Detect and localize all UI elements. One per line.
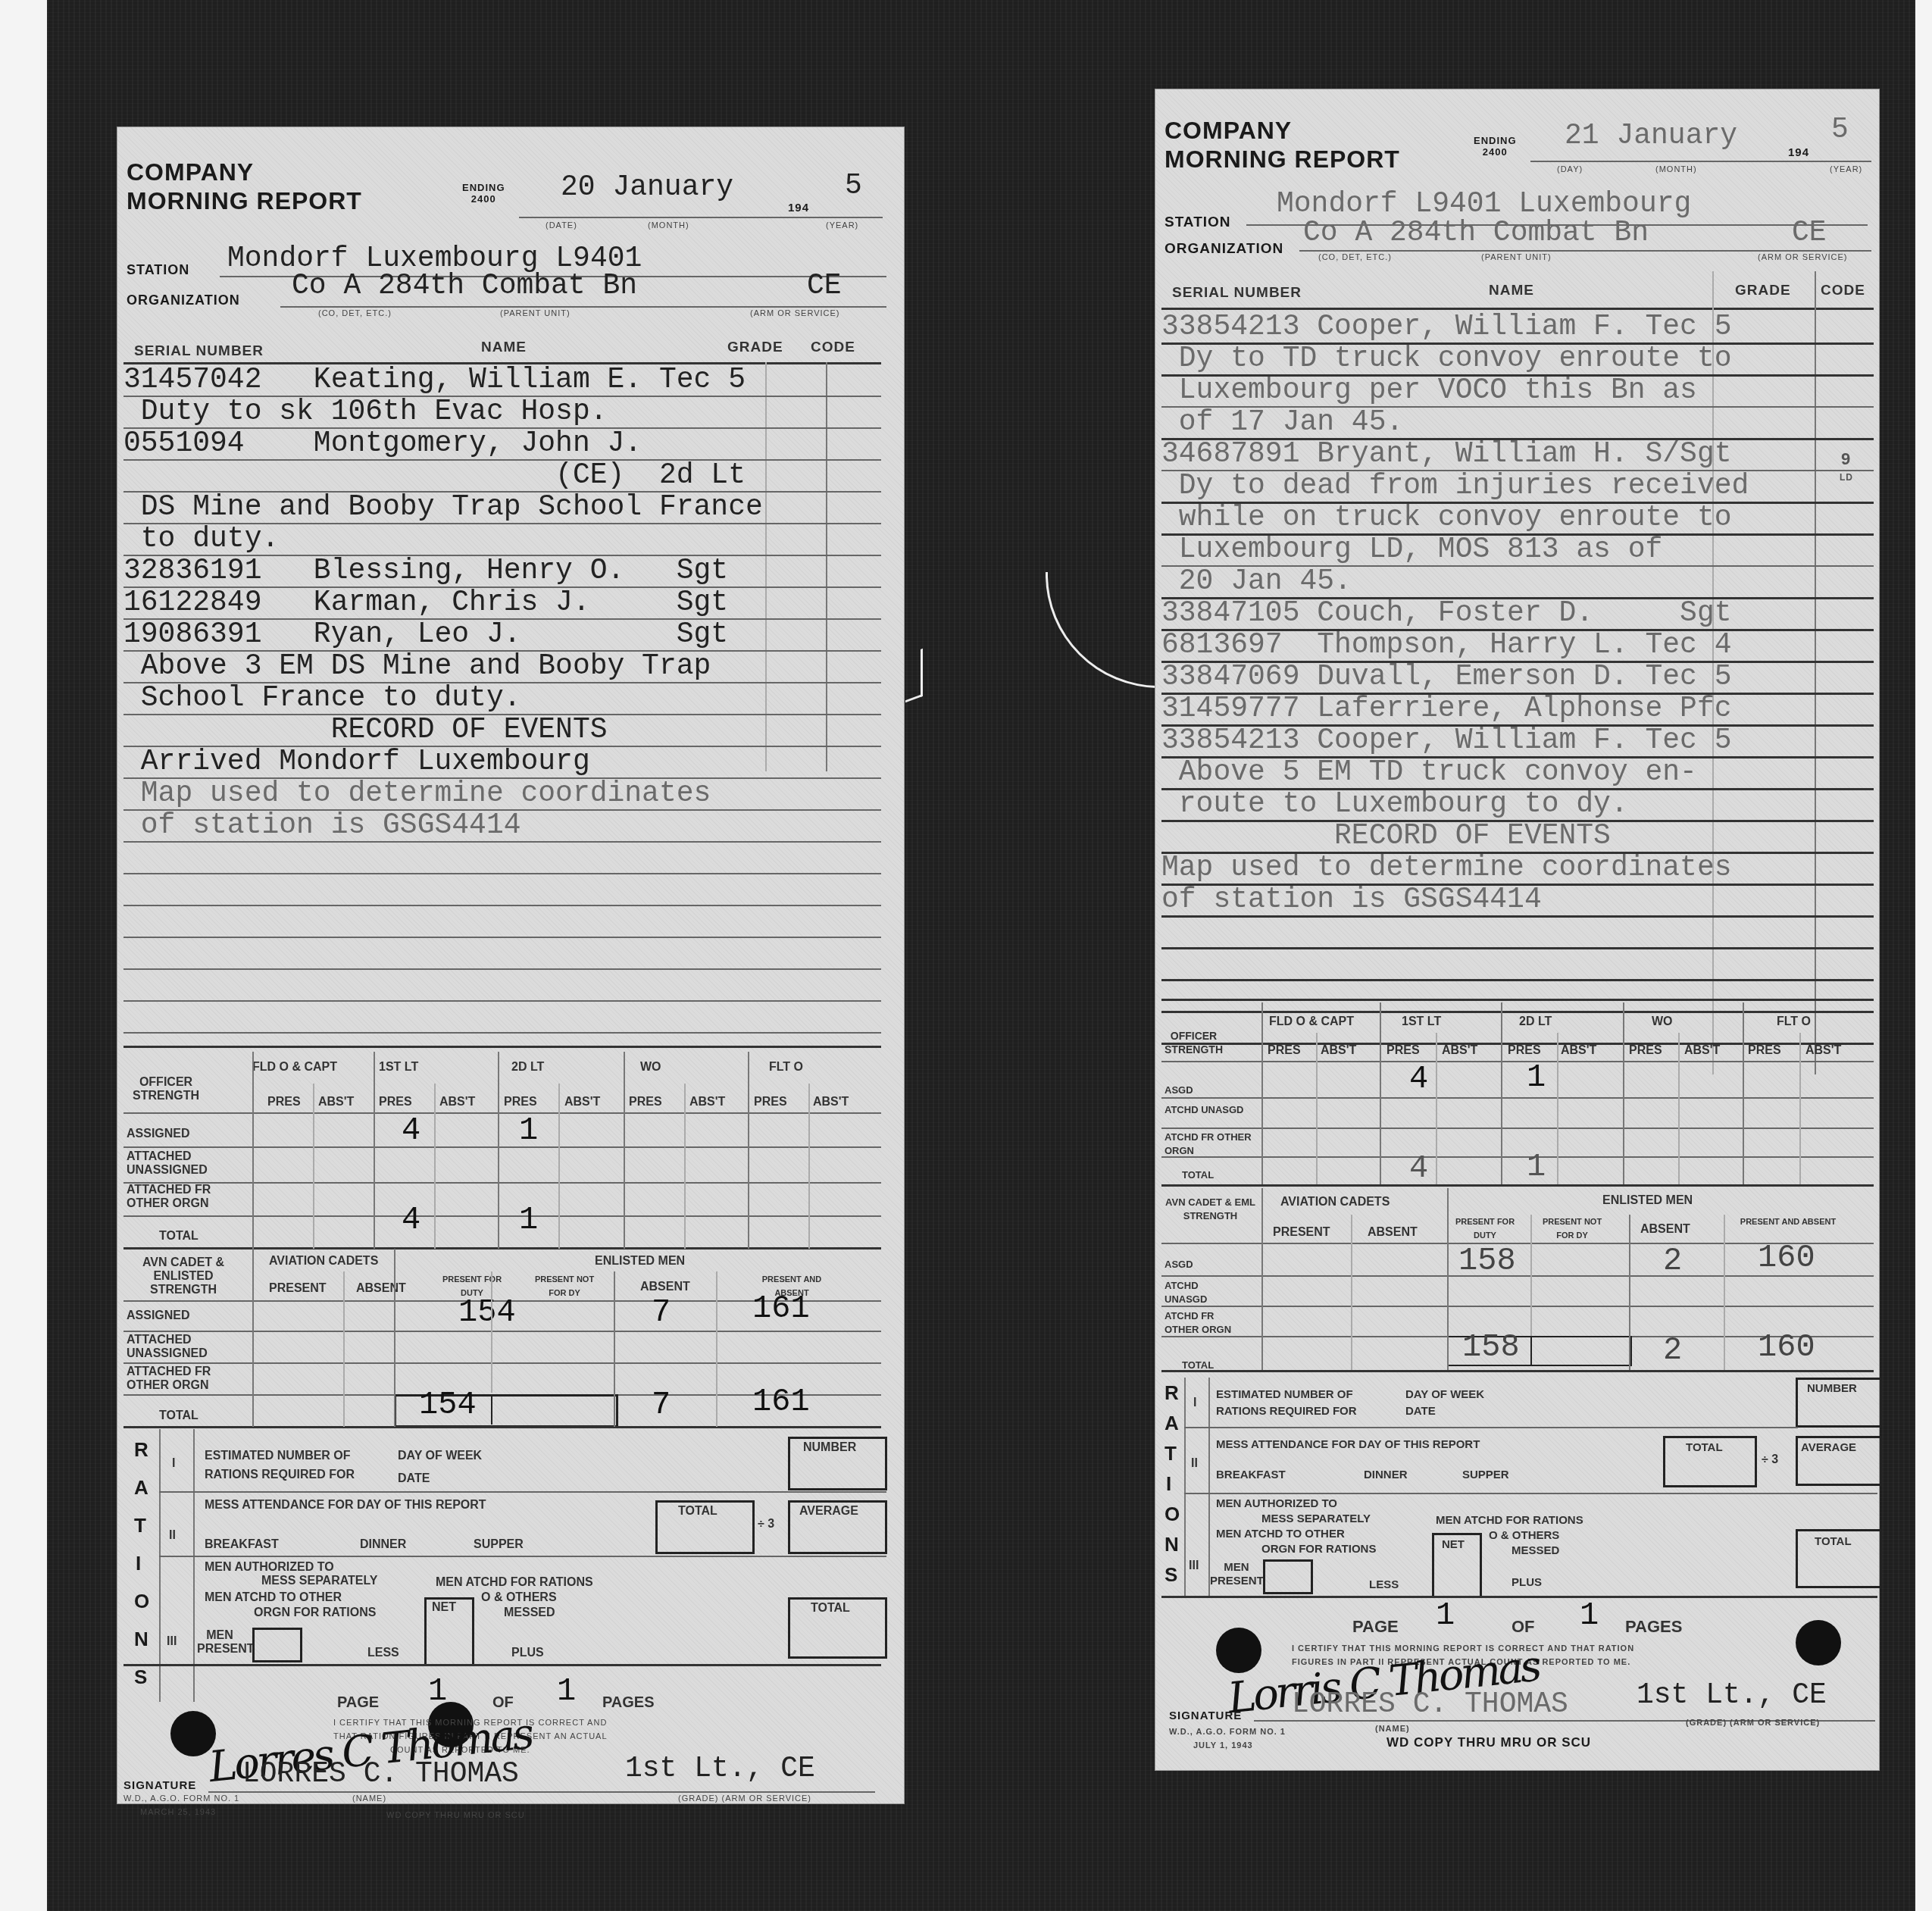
rule (123, 1362, 881, 1364)
breakfast-label: BREAKFAST (205, 1538, 279, 1552)
rule (1184, 1493, 1877, 1494)
date-sub-month: (MONTH) (1655, 165, 1697, 174)
plus-label: PLUS (511, 1647, 544, 1660)
col-code: CODE (1821, 283, 1865, 299)
entry-line: 31457042 Keating, William E. Tec 5 (123, 364, 746, 396)
row-label-assigned: ASSIGNED (127, 1309, 190, 1323)
enlisted-men-heading: ENLISTED MEN (595, 1255, 685, 1268)
signer-name: LORRES C. THOMAS (1292, 1688, 1568, 1721)
rule (1161, 1596, 1877, 1598)
section-iii: III (167, 1635, 177, 1649)
section-i: I (1193, 1396, 1196, 1410)
day-of-week-label: DAY OF WEEK (1405, 1388, 1484, 1402)
row-label-asgd: ASGD (1165, 1258, 1193, 1271)
ending-label-1: ENDING (462, 182, 505, 193)
form-title-line-1: COMPANY (1165, 116, 1400, 145)
col-av-absent: ABSENT (1368, 1226, 1418, 1240)
form-number: W.D., A.G.O. FORM NO. 1 (123, 1794, 239, 1803)
organization-underline (280, 306, 886, 308)
row-label-atchd-fr-other-orgn: ATCHD FR OTHER ORGN (1165, 1131, 1252, 1158)
grade-sub: (GRADE) (ARM OR SERVICE) (1686, 1719, 1820, 1728)
section-ii: II (169, 1529, 176, 1543)
est-rations-2: RATIONS REQUIRED FOR (205, 1468, 355, 1482)
men-atchd-other-2: ORGN FOR RATIONS (254, 1606, 376, 1620)
men-present-box[interactable] (1263, 1559, 1313, 1594)
signature-label: SIGNATURE (1169, 1709, 1242, 1722)
men-atchd-for-rations: MEN ATCHD FOR RATIONS (1436, 1514, 1583, 1528)
form-number: W.D., A.G.O. FORM NO. 1 (1169, 1728, 1286, 1737)
entry-line: 0551094 Montgomery, John J. (123, 427, 642, 460)
rule (123, 1426, 881, 1428)
grade-sub: (GRADE) (ARM OR SERVICE) (678, 1794, 811, 1803)
rule (1184, 1427, 1798, 1428)
rule (123, 1331, 881, 1332)
station-value: Mondorf L9401 Luxembourg (1277, 188, 1691, 220)
officer-assigned-2d-lt-pres: 1 (519, 1112, 538, 1149)
row-label-atchd-unasgd: ATCHD UNASGD (1165, 1103, 1248, 1117)
average-box-label: AVERAGE (799, 1505, 858, 1518)
row-label-attached-unassigned: ATTACHED UNASSIGNED (127, 1150, 255, 1178)
group-flt-o: FLT O (1777, 1015, 1811, 1029)
form-title: COMPANY MORNING REPORT (127, 158, 362, 215)
entry-line: Above 3 EM DS Mine and Booby Trap (123, 650, 711, 683)
men-atchd-other-1: MEN ATCHD TO OTHER (1216, 1528, 1345, 1541)
rule (123, 1664, 881, 1666)
officer-strength-label: OFFICER STRENGTH (1165, 1029, 1223, 1056)
of-label: OF (492, 1696, 514, 1709)
group-flt-o: FLT O (769, 1061, 803, 1074)
others-messed-2: MESSED (1512, 1544, 1559, 1558)
officer-assigned-1st-lt-pres: 4 (402, 1112, 420, 1149)
enlisted-total-absent: 2 (1663, 1332, 1682, 1368)
mess-attendance-label: MESS ATTENDANCE FOR DAY OF THIS REPORT (205, 1499, 486, 1512)
sub-abst: ABS'T (1442, 1044, 1477, 1058)
page-label: PAGE (1352, 1620, 1399, 1634)
pages-label: PAGES (1625, 1620, 1682, 1634)
col-grade: GRADE (727, 339, 783, 356)
page-total: 1 (1580, 1597, 1599, 1634)
col-av-present: PRESENT (1273, 1226, 1330, 1240)
entry-line: (CE) 2d Lt (123, 459, 746, 492)
year-prefix: 194 (788, 202, 809, 214)
col-serial-number: SERIAL NUMBER (1172, 285, 1302, 302)
present-total-divider (491, 1394, 492, 1425)
date-sub-year: (YEAR) (1830, 165, 1862, 174)
entry-line: Map used to determine coordinates (1161, 852, 1732, 884)
enlisted-total-present-and-absent: 160 (1758, 1329, 1815, 1365)
enlisted-asgd-present-for-duty: 158 (1458, 1243, 1516, 1279)
entry-line: 33854213 Cooper, William F. Tec 5 (1161, 724, 1732, 757)
rule (1161, 1128, 1874, 1129)
men-authorized-1: MEN AUTHORIZED TO (205, 1561, 334, 1575)
entry-line: 19086391 Ryan, Leo J. Sgt (123, 618, 728, 651)
scan-right-margin (1915, 0, 1932, 1911)
sub-pres: PRES (1508, 1044, 1541, 1058)
year-digit: 5 (845, 170, 862, 202)
col-name: NAME (481, 339, 527, 356)
sub-pres: PRES (754, 1096, 787, 1109)
total-box-label: TOTAL (678, 1505, 717, 1518)
men-atchd-other-2: ORGN FOR RATIONS (1261, 1543, 1376, 1556)
total-box-iii-label: TOTAL (1815, 1535, 1852, 1549)
morning-report-card-right: COMPANY MORNING REPORT ENDING 2400 21 Ja… (1155, 89, 1879, 1770)
entry-line: of station is GSGS4414 (123, 809, 521, 842)
enlisted-assigned-present-and-absent: 161 (752, 1290, 810, 1327)
record-of-events-heading: RECORD OF EVENTS (1161, 820, 1611, 852)
org-sub-2: (PARENT UNIT) (500, 309, 571, 318)
enlisted-asgd-absent: 2 (1663, 1243, 1682, 1279)
group-1st-lt: 1ST LT (1402, 1015, 1441, 1029)
dinner-label: DINNER (1364, 1468, 1408, 1482)
form-date: MARCH 25, 1943 (140, 1808, 216, 1817)
date-underline (519, 217, 883, 218)
page-number: 1 (1436, 1597, 1455, 1634)
row-label-atchd-fr-other-orgn: ATCHD FR OTHER ORGN (1165, 1309, 1240, 1337)
rations-divider (159, 1429, 161, 1702)
est-rations-1: ESTIMATED NUMBER OF (205, 1450, 351, 1463)
entry-line: Dy to dead from injuries received (1161, 470, 1749, 502)
divide-by-three: ÷ 3 (758, 1518, 774, 1531)
sub-pres: PRES (267, 1096, 301, 1109)
entry-line: 16122849 Karman, Chris J. Sgt (123, 586, 728, 619)
signer-grade: 1st Lt., CE (1637, 1679, 1827, 1712)
sub-abst: ABS'T (1684, 1044, 1720, 1058)
aviation-cadets-heading: AVIATION CADETS (1280, 1196, 1390, 1209)
sub-abst: ABS'T (318, 1096, 354, 1109)
entry-line: Arrived Mondorf Luxembourg (123, 746, 590, 778)
organization-label: ORGANIZATION (1165, 241, 1283, 258)
row-label-total: TOTAL (1182, 1168, 1214, 1182)
organization-value: Co A 284th Combat Bn (1303, 217, 1649, 249)
col-av-absent: ABSENT (356, 1282, 406, 1296)
entry-line: 32836191 Blessing, Henry O. Sgt (123, 555, 728, 587)
rations-section-divider (193, 1429, 195, 1702)
signer-grade: 1st Lt., CE (625, 1753, 815, 1785)
form-date: JULY 1, 1943 (1193, 1741, 1253, 1750)
enlisted-strength-label: AVN CADET & ENLISTED STRENGTH (127, 1256, 240, 1297)
page-total: 1 (557, 1673, 576, 1709)
entry-line: Duty to sk 106th Evac Hosp. (123, 396, 608, 428)
rule (123, 1146, 881, 1148)
section-iii: III (1189, 1559, 1199, 1573)
officer-strength-label: OFFICER STRENGTH (133, 1076, 199, 1103)
rule (1161, 1275, 1874, 1277)
signer-name: LORRES C. THOMAS (242, 1758, 519, 1791)
row-label-total: TOTAL (159, 1409, 199, 1423)
date-label: DATE (398, 1472, 430, 1486)
col-present-for-duty: PRESENT FOR DUTY (1447, 1215, 1523, 1243)
report-date: 21 January (1565, 120, 1737, 152)
men-present-label: MEN PRESENT (1210, 1561, 1263, 1588)
arm-of-service: CE (807, 270, 842, 302)
group-2d-lt: 2D LT (511, 1061, 544, 1074)
col-present-and-absent: PRESENT AND ABSENT (1739, 1215, 1837, 1229)
row-label-assigned: ASSIGNED (127, 1128, 190, 1141)
entry-line: School France to duty. (123, 682, 521, 715)
section-i: I (172, 1457, 175, 1471)
enlisted-assigned-present-for-duty: 154 (458, 1294, 516, 1331)
sub-pres: PRES (1629, 1044, 1662, 1058)
col-av-present: PRESENT (269, 1282, 327, 1296)
sub-pres: PRES (1268, 1044, 1301, 1058)
ending-label-2: 2400 (1474, 146, 1517, 158)
entry-line: 33847105 Couch, Foster D. Sgt (1161, 597, 1732, 630)
sub-pres: PRES (504, 1096, 537, 1109)
record-of-events-heading: RECORD OF EVENTS (123, 714, 608, 746)
officer-asgd-2d-lt-pres: 1 (1527, 1059, 1546, 1096)
name-sub: (NAME) (1375, 1725, 1410, 1734)
entry-line: 33847069 Duvall, Emerson D. Tec 5 (1161, 661, 1732, 693)
entry-line: Luxembourg LD, MOS 813 as of (1161, 533, 1662, 566)
men-present-label: MEN PRESENT (197, 1629, 242, 1656)
sub-abst: ABS'T (564, 1096, 600, 1109)
men-present-box[interactable] (252, 1628, 302, 1662)
rule (1161, 1097, 1874, 1099)
enlisted-total-present-for-duty: 154 (419, 1387, 477, 1423)
entry-line: 33854213 Cooper, William F. Tec 5 (1161, 311, 1732, 343)
ending-label-1: ENDING (1474, 135, 1517, 146)
rule (123, 1247, 881, 1249)
ending-label: ENDING 2400 (1474, 135, 1517, 158)
group-fld-o-capt: FLD O & CAPT (1269, 1015, 1354, 1029)
group-2d-lt: 2D LT (1519, 1015, 1552, 1029)
entry-line: while on truck convoy enroute to (1161, 502, 1732, 534)
sub-abst: ABS'T (1805, 1044, 1841, 1058)
officer-total-2d-lt-pres: 1 (519, 1202, 538, 1238)
form-title-line-2: MORNING REPORT (127, 186, 362, 215)
wd-copy-note: WD COPY THRU MRU OR SCU (386, 1811, 525, 1820)
enlisted-total-absent: 7 (652, 1387, 671, 1423)
entry-line: of station is GSGS4414 (1161, 884, 1542, 916)
of-label: OF (1512, 1620, 1535, 1634)
rule (1161, 1184, 1874, 1187)
entry-line: 34687891 Bryant, William H. S/Sgt (1161, 438, 1732, 471)
year-digit: 5 (1831, 114, 1849, 146)
sub-pres: PRES (629, 1096, 662, 1109)
annotation-bracket-mark (905, 649, 923, 702)
ending-label: ENDING 2400 (462, 182, 505, 205)
name-sub: (NAME) (352, 1794, 386, 1803)
less-label: LESS (367, 1647, 399, 1660)
enlisted-men-heading: ENLISTED MEN (1602, 1194, 1693, 1208)
officer-label-2: STRENGTH (1165, 1043, 1223, 1056)
name-grade-divider (765, 362, 767, 771)
men-authorized-1: MEN AUTHORIZED TO (1216, 1497, 1337, 1511)
officer-label-1: OFFICER (1165, 1029, 1223, 1043)
aviation-cadets-heading: AVIATION CADETS (269, 1255, 378, 1268)
entry-line: 20 Jan 45. (1161, 565, 1352, 598)
organization-label: ORGANIZATION (127, 292, 240, 308)
supper-label: SUPPER (1462, 1468, 1509, 1482)
signature-underline (208, 1791, 875, 1793)
morning-report-card-left: COMPANY MORNING REPORT ENDING 2400 20 Ja… (117, 127, 904, 1803)
sub-pres: PRES (1748, 1044, 1781, 1058)
est-rations-1: ESTIMATED NUMBER OF (1216, 1388, 1353, 1402)
officer-header-rule (123, 1112, 881, 1114)
row-label-attached-fr-other-orgn: ATTACHED FR OTHER ORGN (127, 1365, 248, 1393)
entry-line: Dy to TD truck convoy enroute to (1161, 342, 1732, 375)
arm-of-service: CE (1792, 217, 1827, 249)
report-date: 20 January (561, 171, 733, 204)
page-label: PAGE (337, 1696, 379, 1709)
col-serial-number: SERIAL NUMBER (134, 343, 264, 360)
present-total-divider (1530, 1336, 1532, 1365)
org-sub-1: (CO, DET, ETC.) (1318, 253, 1392, 262)
rule (1161, 1370, 1874, 1372)
date-sub-month: (MONTH) (648, 221, 689, 230)
number-box-label: NUMBER (803, 1441, 856, 1455)
grade-code-divider (826, 362, 827, 771)
row-label-attached-unassigned: ATTACHED UNASSIGNED (127, 1334, 248, 1361)
total-box-label: TOTAL (1686, 1441, 1723, 1455)
officer-total-2d-lt-pres: 1 (1527, 1149, 1546, 1185)
org-sub-2: (PARENT UNIT) (1481, 253, 1552, 262)
organization-value: Co A 284th Combat Bn (292, 270, 637, 302)
section-ii: II (1191, 1457, 1198, 1471)
enlisted-strength-label: AVN CADET & EML STRENGTH (1163, 1196, 1258, 1223)
punch-hole-right (1796, 1620, 1841, 1665)
col-present-not-for-dy: PRESENT NOT FOR DY (1534, 1215, 1610, 1243)
org-sub-3: (ARM OR SERVICE) (750, 309, 839, 318)
officer-total-1st-lt-pres: 4 (1409, 1150, 1428, 1187)
group-wo: WO (640, 1061, 661, 1074)
entry-line: Above 5 EM TD truck convoy en- (1161, 756, 1697, 789)
supper-label: SUPPER (474, 1538, 524, 1552)
group-1st-lt: 1ST LT (379, 1061, 418, 1074)
sub-abst: ABS'T (813, 1096, 849, 1109)
col-absent: ABSENT (640, 1281, 690, 1294)
row-label-asgd: ASGD (1165, 1084, 1193, 1097)
date-sub-year: (YEAR) (826, 221, 858, 230)
rule (159, 1491, 886, 1493)
rations-divider (1184, 1378, 1186, 1597)
signature-label: SIGNATURE (123, 1779, 196, 1792)
day-of-week-label: DAY OF WEEK (398, 1450, 482, 1463)
date-label: DATE (1405, 1405, 1436, 1418)
code-annotation: 9 (1841, 449, 1851, 469)
station-label: STATION (127, 262, 189, 278)
officer-label-2: STRENGTH (133, 1090, 199, 1103)
officer-label-1: OFFICER (133, 1076, 199, 1090)
officer-strength-top-rule (123, 1046, 881, 1048)
sub-pres: PRES (1386, 1044, 1420, 1058)
header-rule (1161, 308, 1874, 310)
ending-label-2: 2400 (462, 193, 505, 205)
enlisted-total-present-and-absent: 161 (752, 1384, 810, 1420)
sub-abst: ABS'T (689, 1096, 725, 1109)
entry-line: DS Mine and Booby Trap School France (123, 491, 763, 524)
men-atchd-for-rations: MEN ATCHD FOR RATIONS (436, 1576, 593, 1590)
less-label: LESS (1369, 1578, 1399, 1592)
others-messed-1: O & OTHERS (1489, 1529, 1559, 1543)
sub-abst: ABS'T (1321, 1044, 1356, 1058)
total-box-iii-label: TOTAL (811, 1602, 850, 1615)
net-label: NET (432, 1601, 456, 1615)
row-label-attached-fr-other-orgn: ATTACHED FR OTHER ORGN (127, 1184, 255, 1211)
officer-strength-top-rule (1161, 999, 1874, 1001)
org-sub-1: (CO, DET, ETC.) (318, 309, 392, 318)
col-grade: GRADE (1735, 283, 1791, 299)
group-fld-o-capt: FLD O & CAPT (252, 1061, 337, 1074)
enlisted-total-present-for-duty: 158 (1462, 1329, 1520, 1365)
entry-line: of 17 Jan 45. (1161, 406, 1403, 439)
date-sub-day: (DATE) (546, 221, 577, 230)
group-wo: WO (1652, 1015, 1673, 1029)
rule (1161, 1156, 1874, 1158)
est-rations-2: RATIONS REQUIRED FOR (1216, 1405, 1357, 1418)
org-sub-3: (ARM OR SERVICE) (1758, 253, 1847, 262)
men-atchd-other-1: MEN ATCHD TO OTHER (205, 1591, 342, 1605)
pages-label: PAGES (602, 1696, 655, 1709)
entry-line: route to Luxembourg to dy. (1161, 788, 1628, 821)
col-name: NAME (1489, 283, 1534, 299)
rule (123, 1215, 881, 1217)
code-annotation-sub: LD (1840, 472, 1853, 483)
men-authorized-2: MESS SEPARATELY (261, 1575, 378, 1588)
row-label-atchd-unasgd: ATCHD UNASGD (1165, 1279, 1240, 1306)
breakfast-label: BREAKFAST (1216, 1468, 1286, 1482)
entry-line: Map used to determine coordinates (123, 777, 711, 810)
date-underline (1530, 161, 1871, 162)
entry-line: Luxembourg per VOCO this Bn as (1161, 374, 1697, 407)
organization-underline (1299, 250, 1871, 252)
year-prefix: 194 (1788, 146, 1809, 159)
scan-left-margin (0, 0, 47, 1911)
divide-by-three: ÷ 3 (1762, 1453, 1778, 1467)
col-absent: ABSENT (1640, 1223, 1690, 1237)
date-sub-day: (DAY) (1557, 165, 1583, 174)
dinner-label: DINNER (360, 1538, 406, 1552)
others-messed-1: O & OTHERS (481, 1591, 557, 1605)
col-code: CODE (811, 339, 855, 356)
enlisted-asgd-present-and-absent: 160 (1758, 1240, 1815, 1276)
wd-copy-note: WD COPY THRU MRU OR SCU (1386, 1735, 1591, 1750)
punch-hole-left (1216, 1628, 1261, 1673)
rule (159, 1556, 886, 1557)
plus-label: PLUS (1512, 1576, 1542, 1590)
sub-pres: PRES (379, 1096, 412, 1109)
col-present-not-for-dy: PRESENT NOT FOR DY (527, 1273, 602, 1300)
form-title-line-1: COMPANY (127, 158, 362, 186)
officer-total-1st-lt-pres: 4 (402, 1202, 420, 1238)
average-box-label: AVERAGE (1801, 1441, 1856, 1455)
net-label: NET (1442, 1538, 1465, 1552)
number-box-label: NUMBER (1807, 1382, 1857, 1396)
form-title-line-2: MORNING REPORT (1165, 145, 1400, 174)
grade-code-divider (1815, 271, 1816, 1074)
form-title: COMPANY MORNING REPORT (1165, 116, 1400, 174)
sub-abst: ABS'T (1561, 1044, 1596, 1058)
men-authorized-2: MESS SEPARATELY (1261, 1512, 1371, 1526)
mess-attendance-label: MESS ATTENDANCE FOR DAY OF THIS REPORT (1216, 1438, 1480, 1452)
entry-line: to duty. (123, 523, 279, 555)
row-label-total: TOTAL (159, 1230, 199, 1243)
enlisted-assigned-absent: 7 (652, 1294, 671, 1331)
station-label: STATION (1165, 214, 1231, 231)
officer-asgd-1st-lt-pres: 4 (1409, 1061, 1428, 1097)
others-messed-2: MESSED (504, 1606, 555, 1620)
entry-line: 6813697 Thompson, Harry L. Tec 4 (1161, 629, 1732, 661)
rule (1161, 1306, 1874, 1307)
officer-header-rule (1161, 1061, 1874, 1062)
sub-abst: ABS'T (439, 1096, 475, 1109)
entry-line: 31459777 Laferriere, Alphonse Pfc (1161, 693, 1732, 725)
